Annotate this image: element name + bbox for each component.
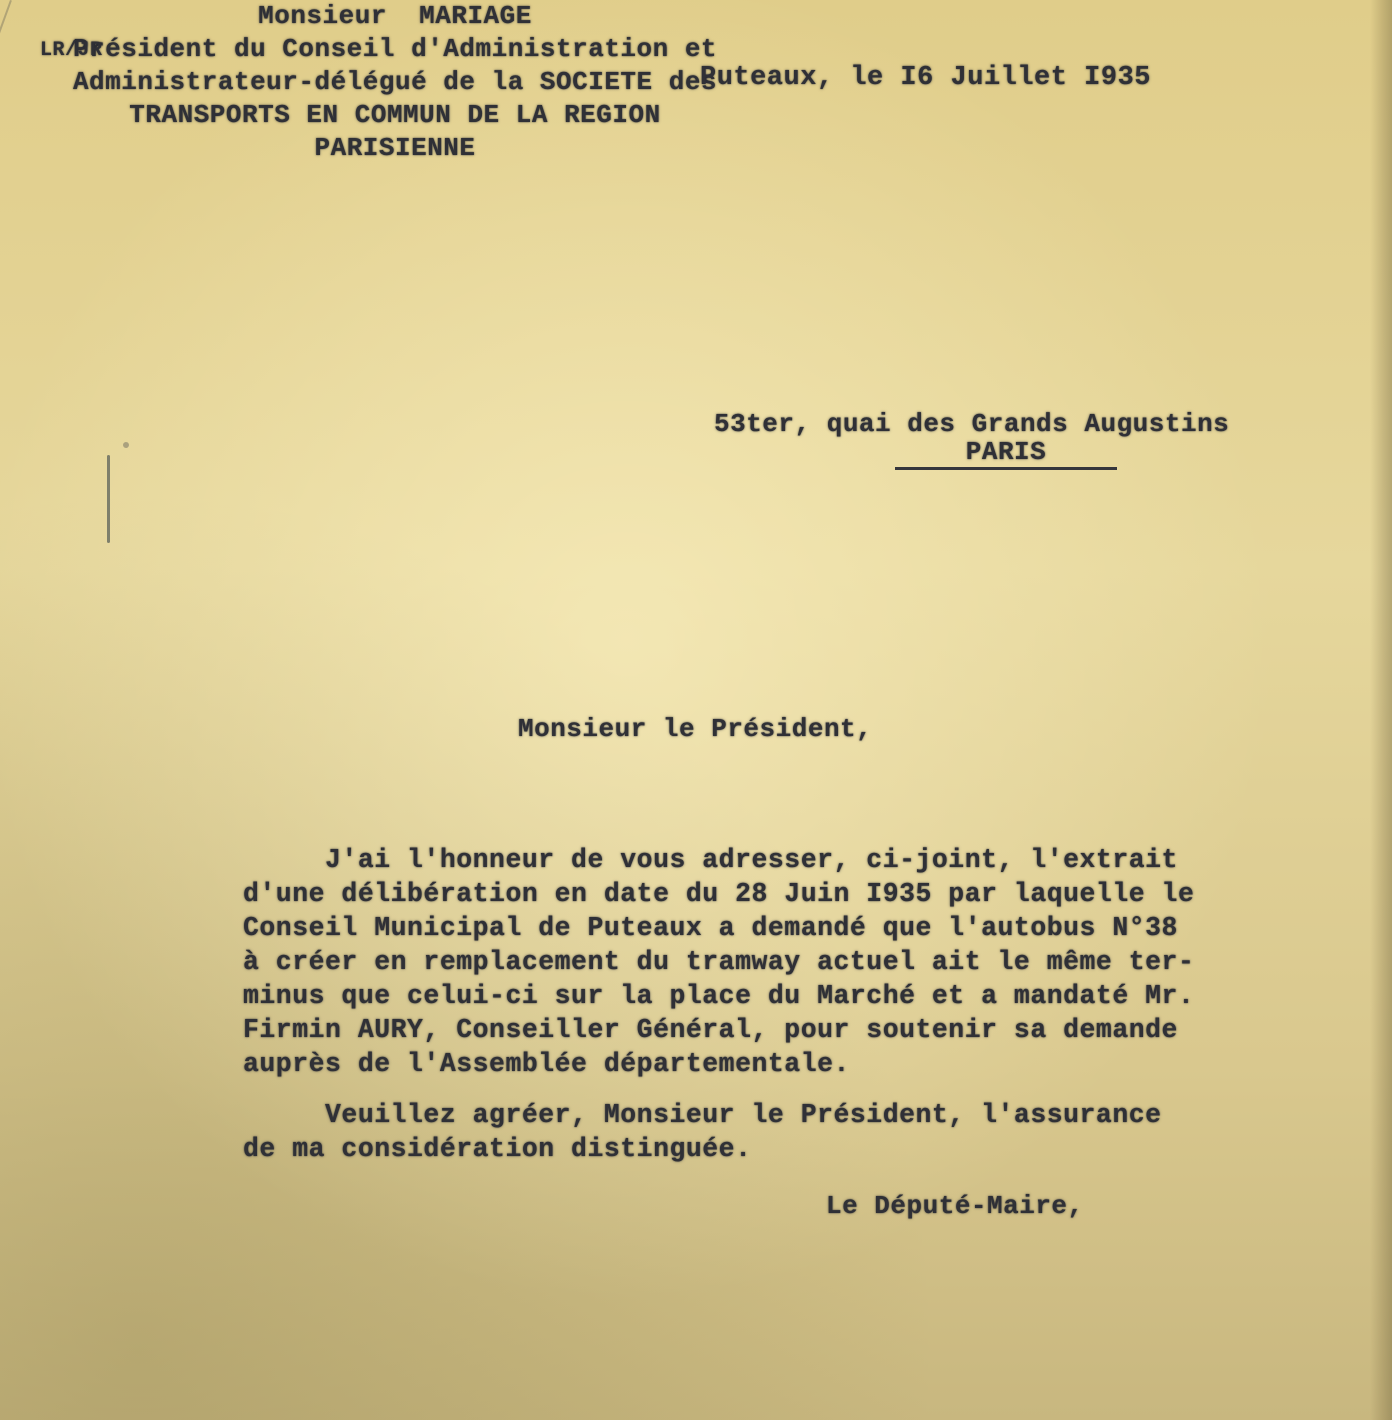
closing-line: de ma considération distinguée.: [243, 1132, 1353, 1166]
body-line: auprès de l'Assemblée départementale.: [243, 1047, 1353, 1081]
salutation: Monsieur le Président,: [518, 713, 872, 746]
closing-line: Veuillez agréer, Monsieur le Président, …: [243, 1098, 1353, 1132]
addressee-company-line-1: TRANSPORTS EN COMMUN DE LA REGION: [0, 99, 790, 132]
pencil-mark-margin: [107, 455, 110, 543]
closing-paragraph: Veuillez agréer, Monsieur le Président, …: [243, 1098, 1353, 1166]
addressee-title-line-1: Président du Conseil d'Administration et: [0, 33, 790, 66]
addressee-title-line-2: Administrateur-délégué de la SOCIETE des: [0, 66, 790, 99]
addressee-city: PARIS: [895, 437, 1117, 470]
body-paragraph: J'ai l'honneur de vous adresser, ci-join…: [243, 843, 1353, 1081]
body-line: à créer en remplacement du tramway actue…: [243, 945, 1353, 979]
addressee-name: Monsieur MARIAGE: [0, 0, 790, 33]
body-line: J'ai l'honneur de vous adresser, ci-join…: [243, 843, 1353, 877]
paper-edge-shadow: [1370, 0, 1392, 1420]
body-line: minus que celui-ci sur la place du March…: [243, 979, 1353, 1013]
place-and-date: Puteaux, le I6 Juillet I935: [700, 62, 1151, 95]
pencil-dot: [123, 442, 129, 448]
signature-title: Le Député-Maire,: [826, 1190, 1084, 1223]
addressee-company-line-2: PARISIENNE: [0, 132, 790, 165]
body-line: Firmin AURY, Conseiller Général, pour so…: [243, 1013, 1353, 1047]
reference-initials: LR/JR: [40, 34, 103, 67]
letter-paper: LR/JR Puteaux, le I6 Juillet I935 Monsie…: [0, 0, 1392, 1420]
body-line: d'une délibération en date du 28 Juin I9…: [243, 877, 1353, 911]
body-line: Conseil Municipal de Puteaux a demandé q…: [243, 911, 1353, 945]
addressee-block: Monsieur MARIAGE Président du Conseil d'…: [0, 0, 790, 165]
